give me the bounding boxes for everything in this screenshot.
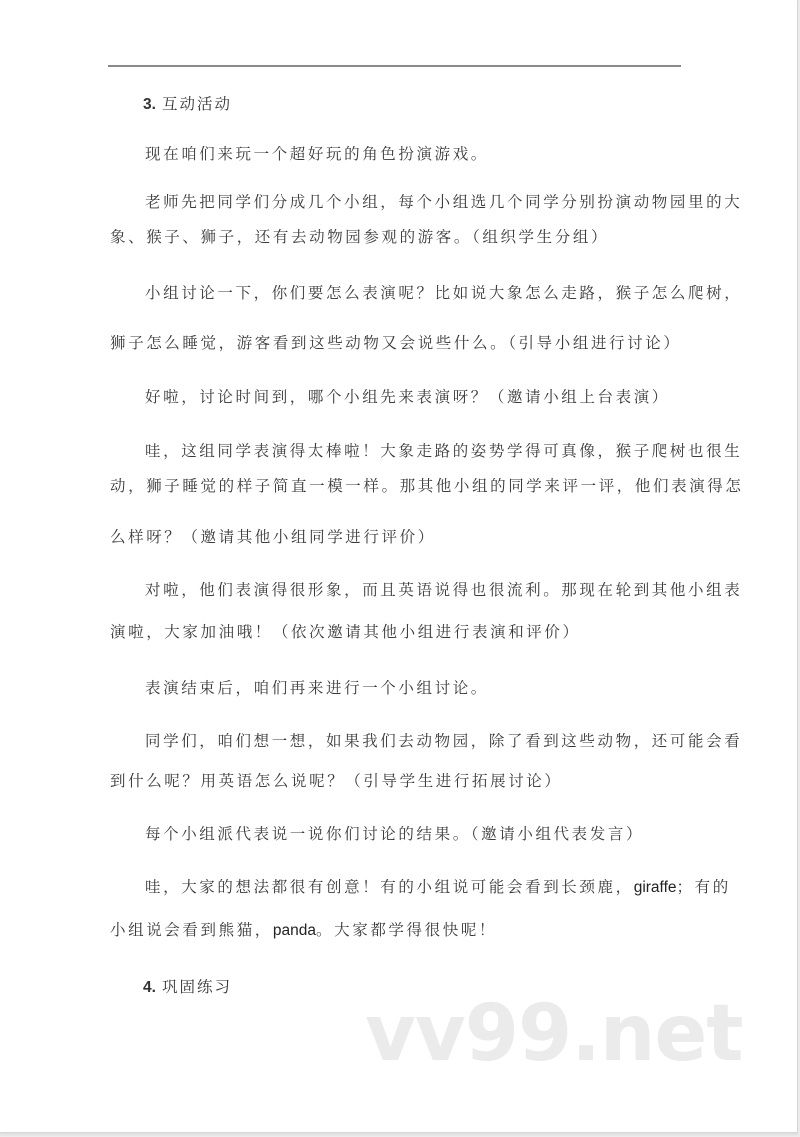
document-page: 3.互动活动 现在咱们来玩一个超好玩的角色扮演游戏。 老师先把同学们分成几个小组…	[0, 0, 798, 1133]
paragraph-line: 老师先把同学们分成几个小组，每个小组选几个同学分别扮演动物园里的大	[145, 192, 742, 212]
paragraph-line: 每个小组派代表说一说你们讨论的结果。（邀请小组代表发言）	[145, 824, 644, 844]
section-heading-3: 3.互动活动	[143, 94, 232, 115]
text-segment: 小组说会看到熊猫，	[110, 921, 273, 939]
paragraph-line: 同学们，咱们想一想，如果我们去动物园，除了看到这些动物，还可能会看	[145, 731, 742, 751]
paragraph-line: 哇，大家的想法都很有创意！有的小组说可能会看到长颈鹿，giraffe；有的	[145, 877, 731, 898]
section-number: 4.	[143, 979, 156, 996]
section-title: 互动活动	[162, 95, 232, 113]
text-segment: ；有的	[677, 878, 731, 896]
section-heading-4: 4.巩固练习	[143, 977, 232, 998]
text-segment: 哇，大家的想法都很有创意！有的小组说可能会看到长颈鹿，	[145, 878, 634, 896]
paragraph-line: 表演结束后，咱们再来进行一个小组讨论。	[145, 678, 489, 698]
english-word-giraffe: giraffe	[634, 879, 677, 896]
paragraph-line: 动，狮子睡觉的样子简直一模一样。那其他小组的同学来评一评，他们表演得怎	[110, 476, 744, 496]
paragraph-line: 象、猴子、狮子，还有去动物园参观的游客。（组织学生分组）	[110, 227, 609, 247]
paragraph-line: 么样呀？（邀请其他小组同学进行评价）	[110, 527, 436, 547]
watermark: vv99.net	[365, 995, 743, 1073]
english-word-panda: panda	[273, 922, 316, 939]
paragraph-line: 狮子怎么睡觉，游客看到这些动物又会说些什么。（引导小组进行讨论）	[110, 333, 681, 353]
section-title: 巩固练习	[162, 978, 232, 996]
paragraph-line: 演啦，大家加油哦！（依次邀请其他小组进行表演和评价）	[110, 622, 581, 642]
paragraph-line: 对啦，他们表演得很形象，而且英语说得也很流利。那现在轮到其他小组表	[145, 580, 742, 600]
paragraph-line: 好啦，讨论时间到，哪个小组先来表演呀？（邀请小组上台表演）	[145, 387, 670, 407]
header-rule	[108, 65, 681, 67]
paragraph-line: 哇，这组同学表演得太棒啦！大象走路的姿势学得可真像，猴子爬树也很生	[145, 441, 742, 461]
paragraph-line: 小组说会看到熊猫，panda。大家都学得很快呢！	[110, 920, 497, 941]
paragraph-line: 现在咱们来玩一个超好玩的角色扮演游戏。	[145, 144, 489, 164]
text-segment: 。大家都学得很快呢！	[316, 921, 497, 939]
paragraph-line: 小组讨论一下，你们要怎么表演呢？比如说大象怎么走路，猴子怎么爬树，	[145, 283, 742, 303]
section-number: 3.	[143, 96, 156, 113]
paragraph-line: 到什么呢？用英语怎么说呢？（引导学生进行拓展讨论）	[110, 771, 563, 791]
